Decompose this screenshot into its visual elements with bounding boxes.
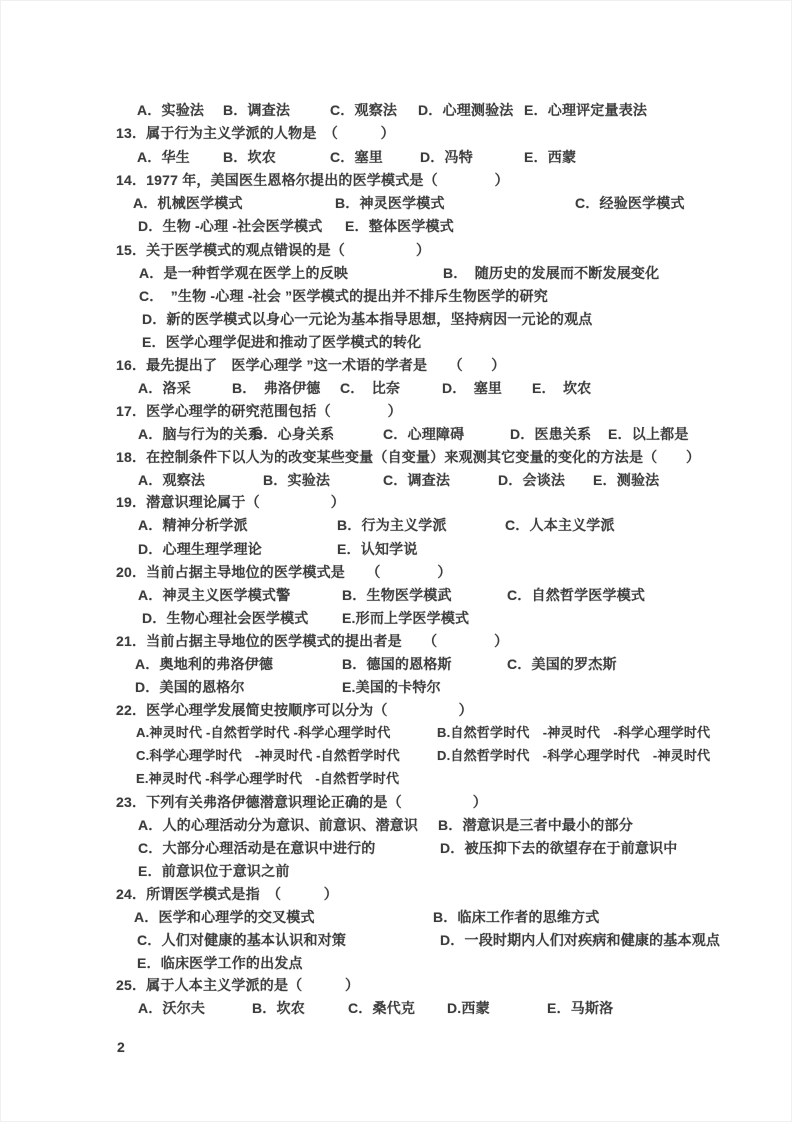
option-text: B．潜意识是三者中最小的部分 — [438, 818, 633, 833]
option-text: A．人的心理活动分为意识、前意识、潜意识 — [138, 818, 418, 833]
option-text: E．前意识位于意识之前 — [138, 864, 290, 879]
option-text: D.自然哲学时代 -科学心理学时代 -神灵时代 — [437, 749, 710, 763]
option-text: D．冯特 — [420, 150, 473, 165]
option-text: C．经验医学模式 — [575, 196, 685, 211]
option-text: E．测验法 — [593, 473, 659, 488]
option-text: B． 弗洛伊德 — [232, 381, 321, 396]
option-text: A．医学和心理学的交叉模式 — [134, 910, 315, 925]
option-text: A．沃尔夫 — [138, 1001, 205, 1016]
option-text: D．一段时期内人们对疾病和健康的基本观点 — [440, 933, 720, 948]
question-stem: 17．医学心理学的研究范围包括（ ） — [116, 404, 402, 419]
option-text: C．人们对健康的基本认识和对策 — [137, 933, 346, 948]
option-text: A．脑与行为的关系 — [138, 427, 262, 442]
option-text: B.自然哲学时代 -神灵时代 -科学心理学时代 — [437, 726, 710, 740]
option-text: E．心理评定量表法 — [524, 103, 647, 118]
question-stem: 24．所谓医学模式是指 （ ） — [116, 887, 338, 902]
page-number: 2 — [117, 1039, 125, 1055]
document-page: A．实验法B．调查法C．观察法D．心理测验法E．心理评定量表法13．属于行为主义… — [0, 0, 792, 1122]
option-text: E.形而上学医学模式 — [342, 611, 469, 626]
question-stem: 23．下列有关弗洛伊德潜意识理论正确的是（ ） — [116, 795, 487, 810]
option-text: E.神灵时代 -科学心理学时代 -自然哲学时代 — [136, 772, 399, 786]
option-text: C．桑代克 — [348, 1001, 415, 1016]
option-text: D．心理测验法 — [418, 103, 514, 118]
option-text: D．生物 -心理 -社会医学模式 — [138, 219, 322, 234]
option-text: C．大部分心理活动是在意识中进行的 — [138, 841, 376, 856]
option-text: C．美国的罗杰斯 — [507, 657, 617, 672]
stem-close-paren: ） — [686, 450, 700, 465]
option-text: D．心理生理学理论 — [138, 542, 262, 557]
option-text: A．实验法 — [137, 103, 204, 118]
question-stem: 15．关于医学模式的观点错误的是（ ） — [116, 243, 430, 258]
option-text: B．坎农 — [252, 1001, 305, 1016]
question-stem: 25．属于人本主义学派的是（ ） — [116, 978, 359, 993]
option-text: B．调查法 — [223, 103, 290, 118]
option-text: C.科学心理学时代 -神灵时代 -自然哲学时代 — [136, 749, 400, 763]
option-text: C．自然哲学医学模式 — [507, 588, 645, 603]
option-text: E．以上都是 — [608, 427, 689, 442]
option-text: A．洛采 — [138, 381, 191, 396]
option-text: C．心理障碍 — [383, 427, 464, 442]
option-text: B． 随历史的发展而不断发展变化 — [443, 266, 659, 281]
option-text: B．神灵医学模式 — [335, 196, 445, 211]
option-text: A.神灵时代 -自然哲学时代 -科学心理学时代 — [136, 726, 390, 740]
option-text: C． 比奈 — [340, 381, 400, 396]
option-text: A．奥地利的弗洛伊德 — [135, 657, 273, 672]
question-stem: 13．属于行为主义学派的人物是 （ ） — [116, 126, 395, 141]
option-text: E.美国的卡特尔 — [342, 680, 441, 695]
question-stem: 14．1977 年，美国医生恩格尔提出的医学模式是（ ） — [116, 173, 509, 188]
option-text: E．马斯洛 — [547, 1001, 613, 1016]
option-text: E． 坎农 — [532, 381, 591, 396]
question-stem: 19．潜意识理论属于（ ） — [116, 495, 345, 510]
option-text: D.西蒙 — [447, 1001, 490, 1016]
option-text: E．整体医学模式 — [345, 219, 454, 234]
option-text: D．新的医学模式以身心一元论为基本指导思想，坚持病因一元论的观点 — [142, 312, 593, 327]
option-text: E．认知学说 — [337, 542, 418, 557]
question-stem: 22．医学心理学发展简史按顺序可以分为（ ） — [116, 703, 473, 718]
option-text: C．人本主义学派 — [505, 518, 615, 533]
option-text: A．观察法 — [138, 473, 205, 488]
option-text: D．美国的恩格尔 — [135, 680, 245, 695]
option-text: C．观察法 — [330, 103, 397, 118]
option-text: B．实验法 — [263, 473, 330, 488]
option-text: D．医患关系 — [510, 427, 591, 442]
option-text: B．心身关系 — [253, 427, 334, 442]
option-text: B．德国的恩格斯 — [342, 657, 452, 672]
option-text: B．生物医学模武 — [342, 588, 452, 603]
option-text: B．坎农 — [223, 150, 276, 165]
option-text: E．西蒙 — [524, 150, 576, 165]
option-text: D．会谈法 — [498, 473, 565, 488]
question-stem: 18．在控制条件下以人为的改变某些变量（自变量）来观测其它变量的变化的方法是（ — [116, 450, 657, 465]
option-text: A．精神分析学派 — [138, 518, 248, 533]
option-text: B．行为主义学派 — [337, 518, 447, 533]
option-text: A．是一种哲学观在医学上的反映 — [139, 266, 348, 281]
option-text: B．临床工作者的思维方式 — [433, 910, 600, 925]
option-text: A．机械医学模式 — [133, 196, 243, 211]
option-text: C．调查法 — [383, 473, 450, 488]
option-text: D．被压抑下去的欲望存在于前意识中 — [440, 841, 678, 856]
question-stem: 20．当前占据主导地位的医学模式是 （ ） — [116, 565, 452, 580]
option-text: A．神灵主义医学模式警 — [138, 588, 290, 603]
option-text: E．医学心理学促进和推动了医学模式的转化 — [142, 335, 421, 350]
option-text: E．临床医学工作的出发点 — [137, 956, 303, 971]
question-stem: 21．当前占据主导地位的医学模式的提出者是 （ ） — [116, 634, 508, 649]
option-text: C．塞里 — [330, 150, 383, 165]
option-text: A．华生 — [137, 150, 190, 165]
question-stem: 16．最先提出了 医学心理学 ”这一术语的学者是 （ ） — [116, 358, 505, 373]
option-text: D． 塞里 — [442, 381, 502, 396]
option-text: C． ”生物 -心理 -社会 ”医学模式的提出并不排斥生物医学的研究 — [139, 289, 548, 304]
option-text: D．生物心理社会医学模式 — [142, 611, 309, 626]
